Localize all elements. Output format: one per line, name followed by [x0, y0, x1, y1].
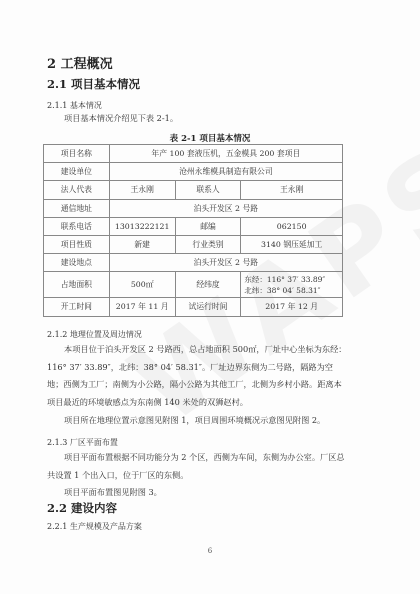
subsection-heading-2-1-2: 2.1.2 地理位置及周边情况	[47, 329, 142, 340]
row-value: 2017 年 12 月	[241, 298, 343, 316]
subsection-heading-2-2-1: 2.2.1 生产规模及产品方案	[47, 521, 142, 532]
location-paragraph: 本项目位于泊头开发区 2 号路西，总占地面积 500㎡，厂址中心坐标为东经：11…	[47, 341, 347, 411]
table-row: 联系电话 13013222121 邮编 062150	[44, 217, 343, 235]
table-row: 项目性质 新建 行业类别 3140 钢压延加工	[44, 235, 343, 253]
row-label: 行业类别	[175, 235, 241, 253]
row-value: 泊头开发区 2 号路	[109, 254, 342, 272]
table-row: 项目名称 年产 100 套液压机，五金模具 200 套项目	[44, 145, 343, 163]
section-heading-2-2: 2.2 建设内容	[47, 500, 117, 516]
row-value: 3140 钢压延加工	[241, 235, 343, 253]
layout-paragraph: 项目平面布置根据不同功能分为 2 个区，西侧为车间，东侧为办公室。厂区总共设置 …	[47, 449, 347, 484]
row-value: 泊头开发区 2 号路	[109, 199, 342, 217]
row-value: 2017 年 11 月	[109, 298, 175, 316]
row-label: 开工时间	[44, 298, 110, 316]
section-heading-2-1: 2.1 项目基本情况	[47, 76, 140, 92]
document-page: WAPS 2 工程概况 2.1 项目基本情况 2.1.1 基本情况 项目基本情况…	[0, 0, 420, 594]
row-label: 法人代表	[44, 181, 110, 199]
row-value: 年产 100 套液压机，五金模具 200 套项目	[109, 145, 342, 163]
row-label: 邮编	[175, 217, 241, 235]
table-row: 占地面积 500㎡ 经纬度 东经：116° 37′ 33.89″ 北纬：38° …	[44, 272, 343, 298]
layout-figure-paragraph: 项目平面布置图见附图 3。	[47, 484, 347, 502]
coordinates-cell: 东经：116° 37′ 33.89″ 北纬：38° 04′ 58.31″	[241, 272, 343, 298]
longitude: 东经：116° 37′ 33.89″	[244, 274, 340, 285]
row-value: 王永刚	[241, 181, 343, 199]
row-label: 联系人	[175, 181, 241, 199]
row-label: 试运行时间	[175, 298, 241, 316]
table-row: 建设单位 沧州永维模具制造有限公司	[44, 163, 343, 181]
table-row: 法人代表 王永刚 联系人 王永刚	[44, 181, 343, 199]
row-value: 沧州永维模具制造有限公司	[109, 163, 342, 181]
row-value: 王永刚	[109, 181, 175, 199]
row-label: 占地面积	[44, 272, 110, 298]
row-value: 新建	[109, 235, 175, 253]
row-label: 通信地址	[44, 199, 110, 217]
row-label: 项目性质	[44, 235, 110, 253]
row-label: 项目名称	[44, 145, 110, 163]
row-value: 500㎡	[109, 272, 175, 298]
project-info-table: 项目名称 年产 100 套液压机，五金模具 200 套项目 建设单位 沧州永维模…	[43, 144, 343, 317]
intro-paragraph: 项目基本情况介绍见下表 2-1。	[47, 110, 347, 128]
page-number: 6	[0, 547, 420, 555]
location-figures-paragraph: 项目所在地理位置示意图见附图 1，项目周围环境概况示意图见附图 2。	[47, 412, 347, 430]
chapter-heading: 2 工程概况	[47, 53, 113, 72]
row-value: 13013222121	[109, 217, 175, 235]
row-label: 经纬度	[175, 272, 241, 298]
row-label: 联系电话	[44, 217, 110, 235]
latitude: 北纬：38° 04′ 58.31″	[244, 285, 340, 296]
row-label: 建设单位	[44, 163, 110, 181]
table-caption: 表 2-1 项目基本情况	[0, 132, 420, 144]
row-value: 062150	[241, 217, 343, 235]
table-row: 通信地址 泊头开发区 2 号路	[44, 199, 343, 217]
row-label: 建设地点	[44, 254, 110, 272]
table-row: 开工时间 2017 年 11 月 试运行时间 2017 年 12 月	[44, 298, 343, 316]
subsection-heading-2-1-3: 2.1.3 厂区平面布置	[47, 437, 118, 448]
table-row: 建设地点 泊头开发区 2 号路	[44, 254, 343, 272]
